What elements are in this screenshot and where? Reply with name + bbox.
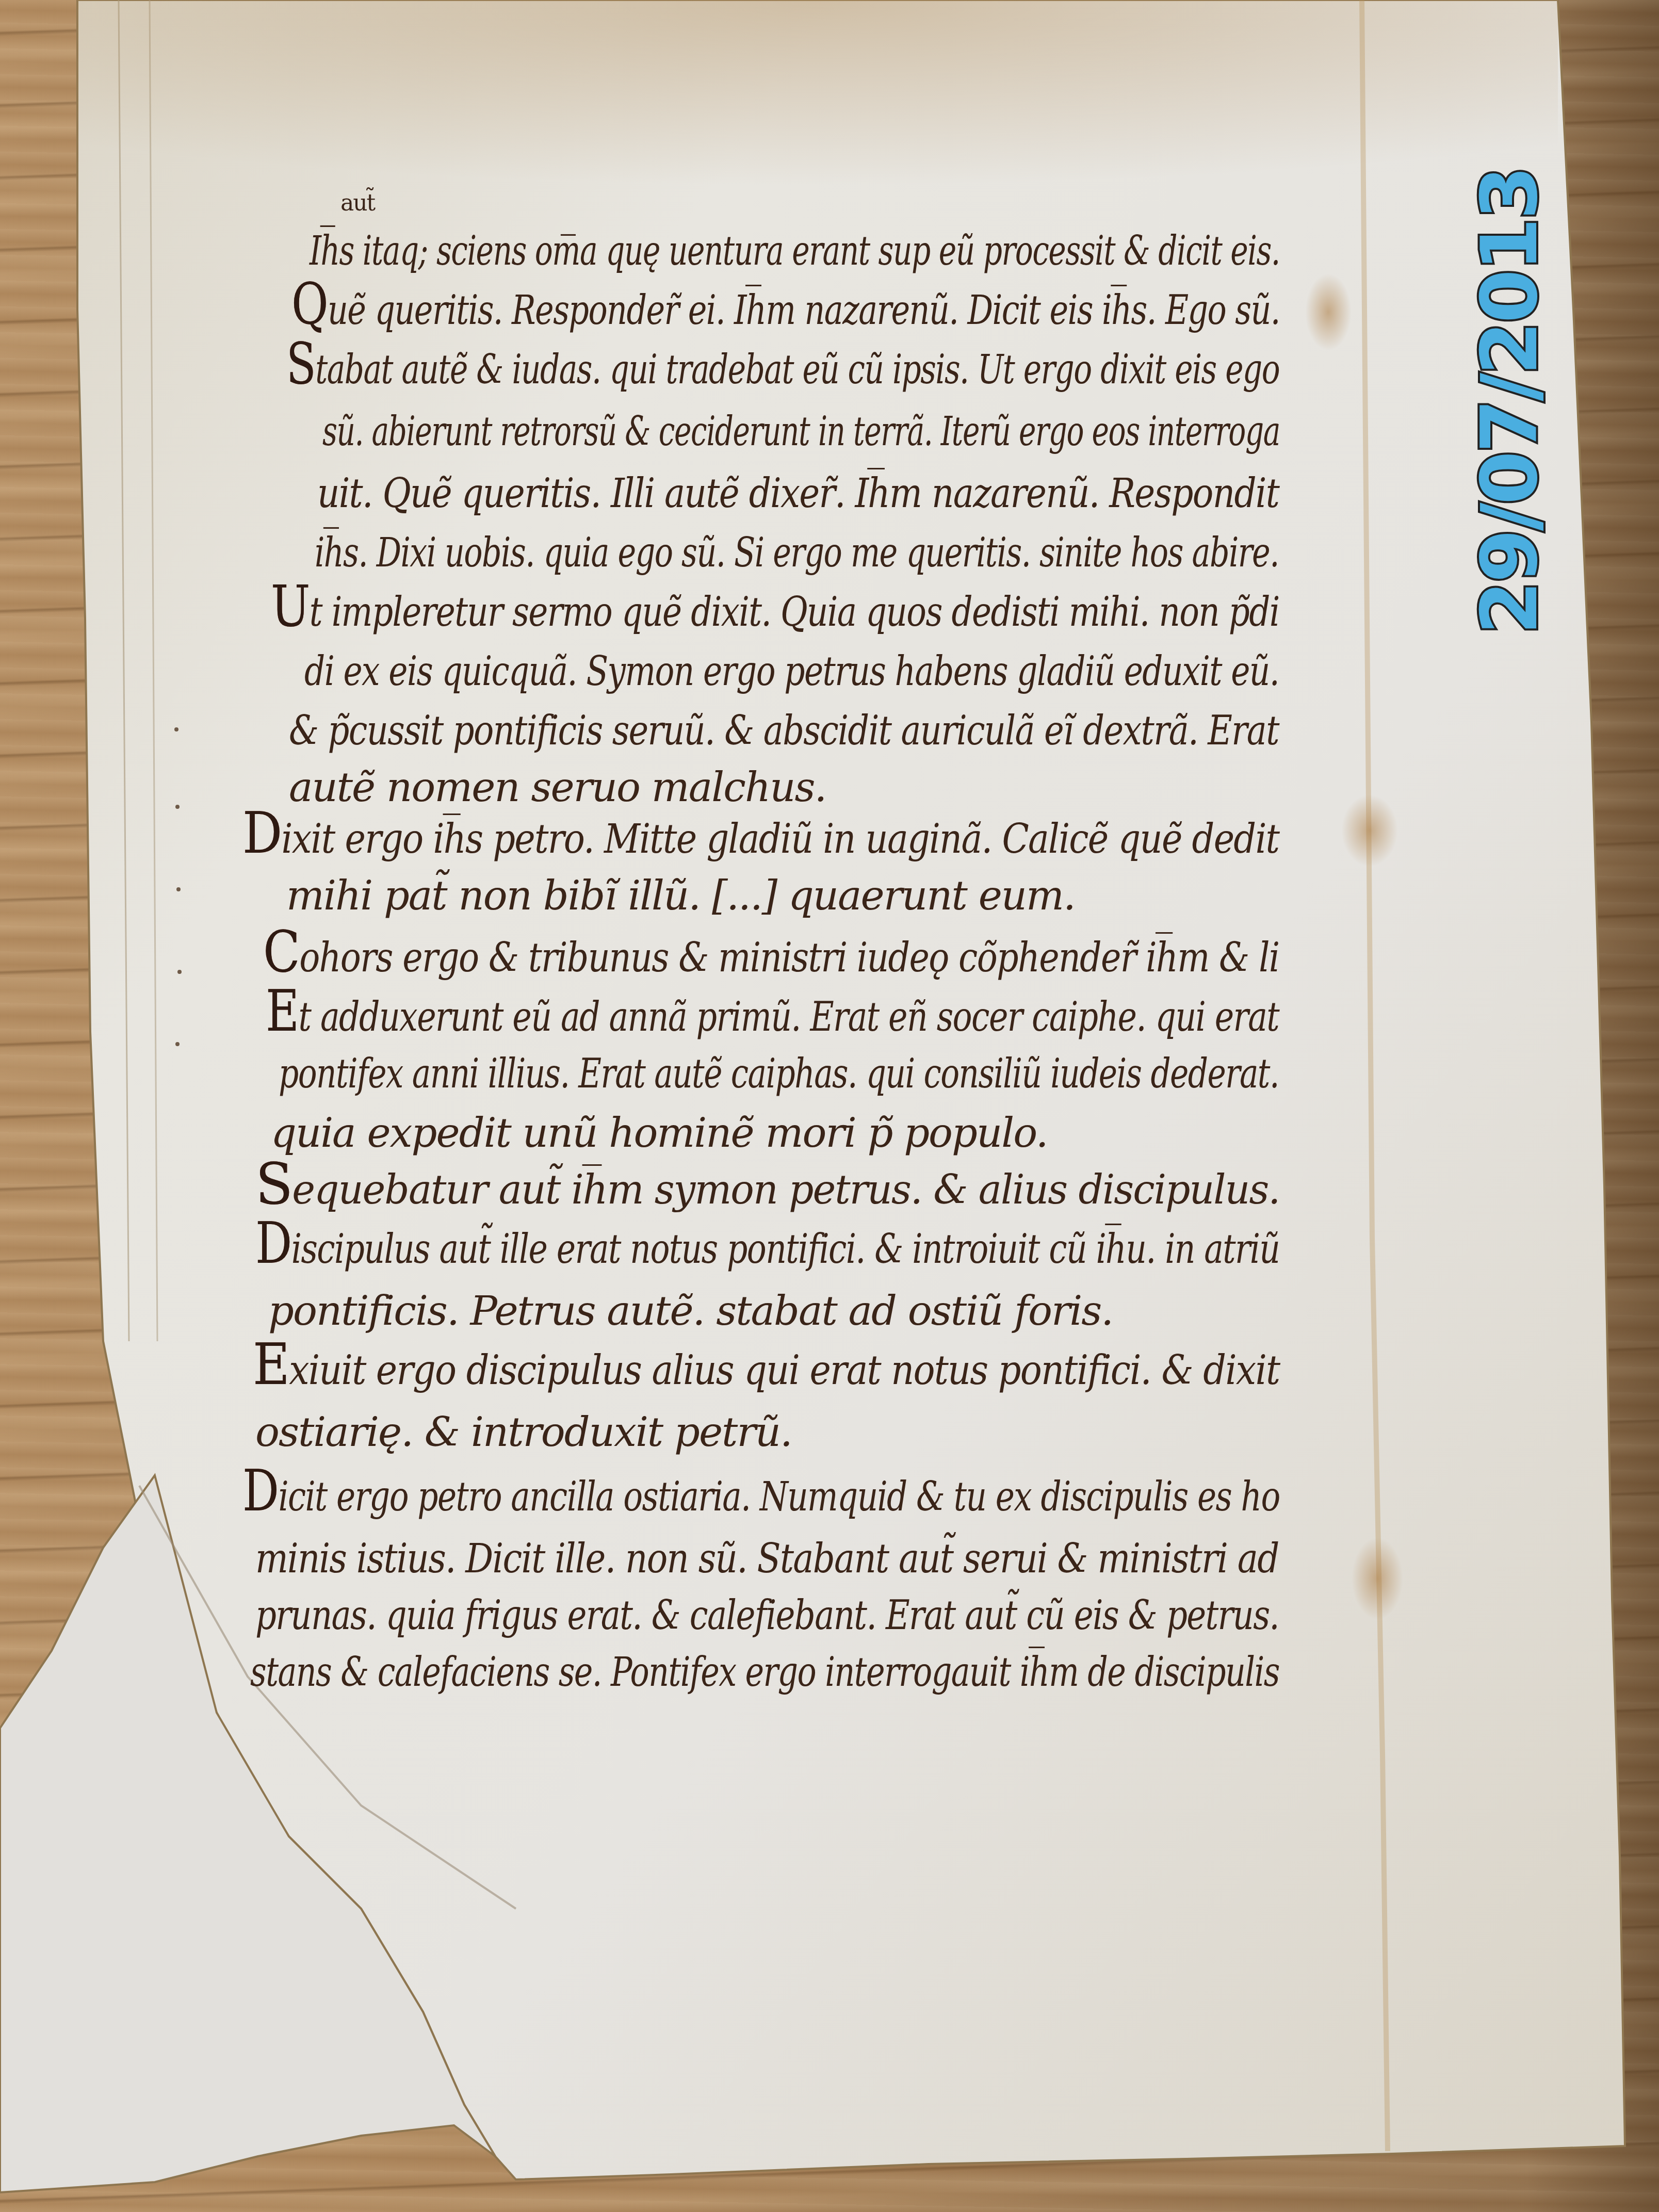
manuscript-line: sũ. abierunt retrorsũ & ceciderunt in … [322, 397, 1280, 454]
initial-letter: C [263, 919, 299, 985]
manuscript-line: Quẽ queritis. Responder̃ ei. Ih̅m nazar… [291, 276, 1280, 333]
manuscript-line: Stabat autẽ & iudas. qui tradebat eũ c… [286, 335, 1279, 392]
manuscript-line: uit. Quẽ queritis. Illi autẽ dixer̃. I… [317, 459, 1279, 516]
manuscript-line: mihi pat̃ non bibĩ illũ. [...] quaerun… [286, 861, 1075, 918]
manuscript-line: autẽ nomen seruo malchus. [289, 753, 826, 810]
manuscript-line: prunas. quia frigus erat. & calefiebant.… [255, 1581, 1279, 1638]
manuscript-line: Dicit ergo petro ancilla ostiaria. Numqu… [242, 1462, 1280, 1519]
manuscript-line: Exiuit ergo discipulus alius qui erat no… [253, 1336, 1279, 1393]
initial-letter: E [253, 1331, 289, 1397]
initial-letter: Q [291, 271, 328, 337]
manuscript-line: Ut impleretur sermo quẽ dixit. Quia quo… [271, 578, 1279, 635]
initial-letter: E [266, 978, 299, 1044]
manuscript-text-block: aut̃ Ih̅s itaq; sciens om̅a quę uentura… [0, 0, 1659, 2212]
manuscript-line: di ex eis quicquã. Symon ergo petrus ha… [304, 637, 1279, 694]
manuscript-line: Et adduxerunt eũ ad annã primũ. Erat … [266, 983, 1279, 1039]
initial-letter: U [271, 573, 310, 639]
initial-letter: D [242, 800, 282, 866]
manuscript-line: ostiarię. & introduxit petrũ. [255, 1398, 792, 1455]
manuscript-line: Sequebatur aut̃ ih̅m symon petrus. & ali… [255, 1156, 1279, 1212]
initial-letter: S [286, 331, 315, 397]
initial-letter: S [255, 1151, 292, 1217]
manuscript-line: Cohors ergo & tribunus & ministri iudeǫ… [263, 923, 1279, 980]
camera-date-stamp: 29/07/2013 [1465, 168, 1555, 635]
initial-letter: D [255, 1210, 291, 1276]
manuscript-line: pontificis. Petrus autẽ. stabat ad osti… [268, 1277, 1113, 1333]
manuscript-line: Ih̅s itaq; sciens om̅a quę uentura eran… [310, 217, 1280, 273]
manuscript-line: minis istius. Dicit ille. non sũ. Staba… [255, 1524, 1279, 1581]
interlinear-gloss: aut̃ [340, 192, 375, 215]
manuscript-line: pontifex anni illius. Erat autẽ caiphas… [279, 1039, 1279, 1096]
manuscript-line: & p̃cussit pontificis seruũ. & abscidit… [289, 696, 1279, 753]
manuscript-line: quia expedit unũ hominẽ mori p̃ populo… [271, 1099, 1048, 1156]
manuscript-line: Discipulus aut̃ ille erat notus pontific… [255, 1215, 1279, 1272]
manuscript-line: stans & calefaciens se. Pontifex ergo in… [250, 1638, 1279, 1695]
manuscript-line: Dixit ergo ih̅s petro. Mitte gladiũ in … [242, 805, 1279, 861]
manuscript-line: ih̅s. Dixi uobis. quia ego sũ. Si ergo … [315, 518, 1279, 575]
initial-letter: D [242, 1458, 278, 1524]
